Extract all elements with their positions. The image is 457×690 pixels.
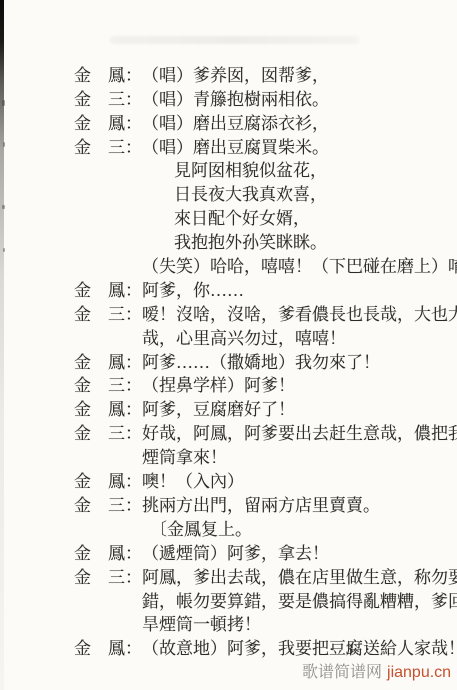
line-text: 噢！（入內） [142, 472, 244, 491]
speaker-name: 金 鳳： [74, 542, 142, 566]
page-number: · 3 · [329, 642, 374, 659]
speaker-name: 金 鳳： [74, 470, 142, 494]
line-text: （故意地）阿爹，我要把豆腐送給人家哉！ [142, 639, 457, 658]
speaker-name: 金 三： [74, 494, 142, 518]
line-text: 〔金鳳复上。 [150, 520, 252, 539]
speaker-name: 金 三： [74, 374, 142, 398]
speaker-name: 金 三： [74, 303, 142, 327]
line-text: （唱）磨出豆腐添衣衫， [142, 114, 329, 133]
speaker-name: 金 鳳： [74, 351, 142, 375]
line-text: 嗳！沒啥，沒啥，爹看儂長也長哉，大也大 [142, 305, 457, 324]
line-text: （唱）爹养囡，囡帮爹， [142, 66, 329, 85]
speaker-name: 金 三： [74, 88, 142, 112]
line-text: 錯，帳勿要算錯，要是儂搞得亂糟糟，爹回來 [142, 592, 457, 611]
scan-speck [3, 248, 5, 252]
speaker-name: 金 三： [74, 422, 142, 446]
script-text-block: 金 鳳：（唱）爹养囡，囡帮爹， 金 三：（唱）青籐抱樹兩相依。 金 鳳：（唱）磨… [40, 40, 452, 637]
watermark-site-name[interactable]: 歌谱简谱网 [302, 664, 382, 681]
line-text: （唱）青籐抱樹兩相依。 [142, 90, 329, 109]
watermark: 歌谱简谱网jianpu.cn [302, 659, 451, 682]
line-text: 哉，心里高兴勿过，嘻嘻！ [142, 329, 346, 348]
scanned-script-page: 金 鳳：（唱）爹养囡，囡帮爹， 金 三：（唱）青籐抱樹兩相依。 金 鳳：（唱）磨… [0, 0, 457, 690]
line-text: （失笑）哈哈，嘻嘻！（下巴碰在磨上）唷！ [142, 257, 457, 276]
scan-speck [3, 142, 5, 147]
speaker-name: 金 鳳： [74, 398, 142, 422]
line-text: （遞煙筒）阿爹，拿去！ [142, 544, 329, 563]
scan-speck [2, 205, 5, 209]
scan-speck [2, 100, 5, 106]
line-text: 挑兩方出門，留兩方店里賣賣。 [142, 496, 380, 515]
line-text: 煙筒拿來！ [142, 448, 227, 467]
speaker-name: 金 鳳： [74, 637, 142, 661]
line-text: 日長夜大我真欢喜， [174, 185, 327, 204]
line-text: 阿爹，你…… [142, 281, 244, 300]
speaker-name: 金 鳳： [74, 112, 142, 136]
line-text: 阿爹，豆腐磨好了！ [142, 400, 295, 419]
script-line: 金 鳳：噢！（入內） [40, 446, 452, 470]
line-text: 我抱抱外孙笑眯眯。 [174, 233, 327, 252]
line-text: 見阿囡相貌似盆花， [174, 161, 327, 180]
line-text: 好哉，阿鳳，阿爹要出去赶生意哉，儂把我旱 [142, 424, 457, 443]
watermark-domain-link[interactable]: jianpu.cn [387, 664, 451, 681]
speaker-name: 金 三： [74, 136, 142, 160]
line-text: 阿爹……（撒嬌地）我勿來了！ [142, 353, 380, 372]
line-text: （唱）磨出豆腐買柴米。 [142, 138, 329, 157]
line-text: （捏鼻学样）阿爹！ [142, 376, 295, 395]
speaker-name: 金 鳳： [74, 64, 142, 88]
script-line: 金 鳳：（唱）爹养囡，囡帮爹， [40, 40, 452, 64]
speaker-name: 金 三： [74, 566, 142, 590]
line-text: 旱煙筒一頓拷！ [142, 615, 261, 634]
speaker-name: 金 鳳： [74, 279, 142, 303]
line-text: 來日配个好女婿， [174, 209, 310, 228]
line-text: 阿鳳，爹出去哉，儂在店里做生意，称勿要称 [142, 568, 457, 587]
